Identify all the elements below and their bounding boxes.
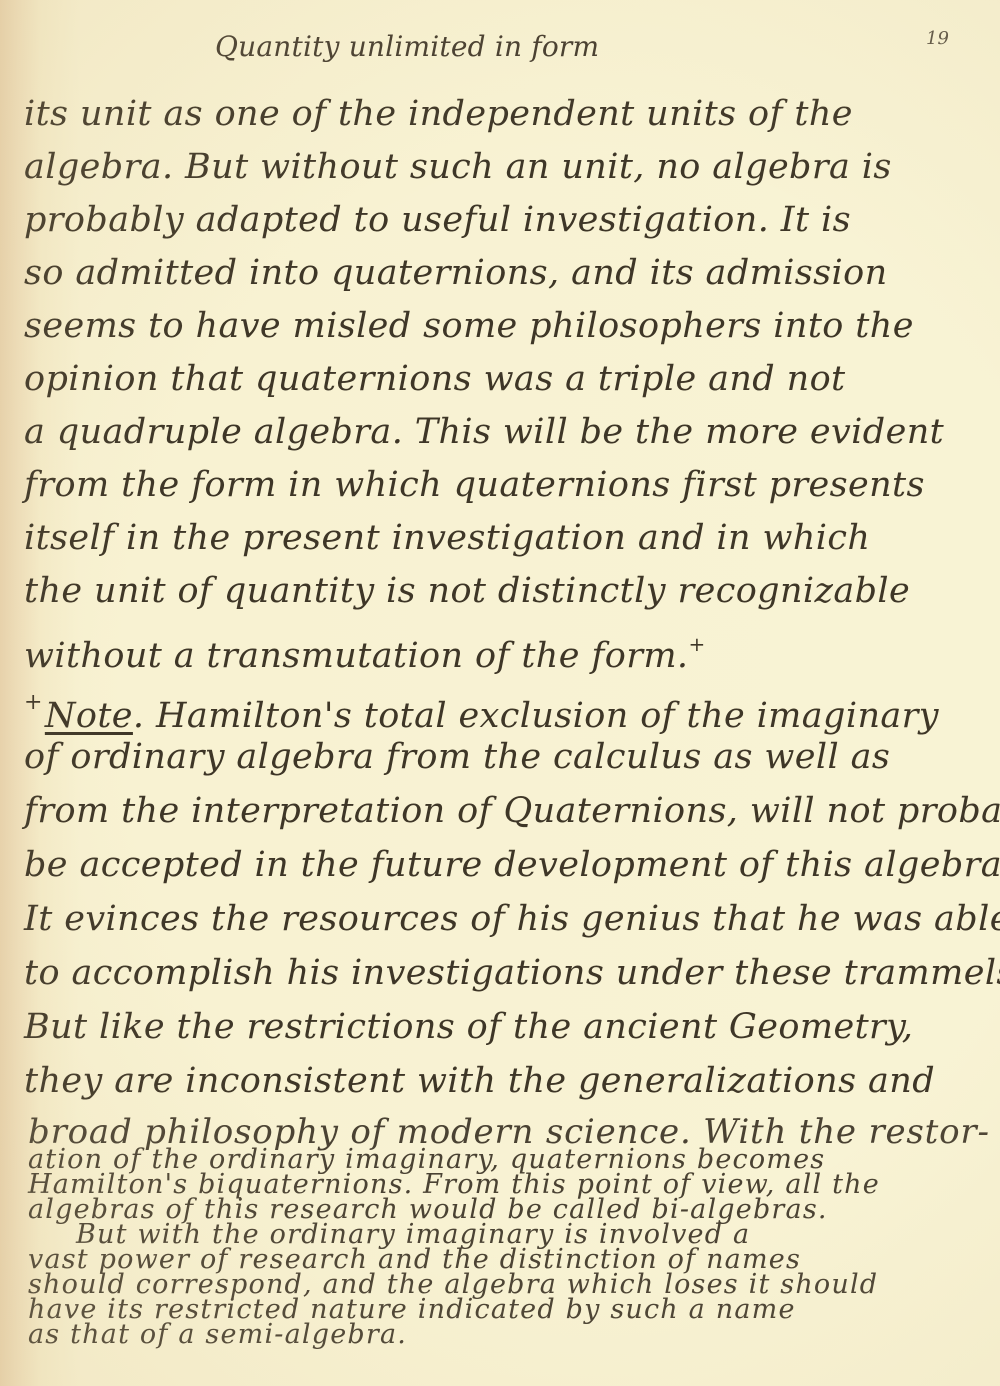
note-line: from the interpretation of Quaternions, … — [24, 784, 974, 838]
note-marker: + — [24, 690, 43, 715]
addendum-block: broad philosophy of modern science. With… — [28, 1115, 978, 1347]
text-line: so admitted into quaternions, and its ad… — [24, 247, 974, 300]
manuscript-page: Quantity unlimited in form 19 its unit a… — [0, 0, 1000, 1386]
footnote-block: +Note. Hamilton's total exclusion of the… — [24, 676, 974, 1108]
text-line: algebra. But without such an unit, no al… — [24, 141, 974, 194]
page-number: 19 — [926, 28, 949, 49]
text-line: probably adapted to useful investigation… — [24, 194, 974, 247]
note-line: be accepted in the future development of… — [24, 838, 974, 892]
text-line: from the form in which quaternions first… — [24, 459, 974, 512]
note-line: It evinces the resources of his genius t… — [24, 892, 974, 946]
note-line: But like the restrictions of the ancient… — [24, 1000, 974, 1054]
text-line-last: without a transmutation of the form.+ — [24, 618, 974, 671]
footnote-reference-marker: + — [688, 632, 705, 656]
text-line: its unit as one of the independent units… — [24, 88, 974, 141]
main-text-block: its unit as one of the independent units… — [24, 88, 974, 671]
text-line: a quadruple algebra. This will be the mo… — [24, 406, 974, 459]
text-line: the unit of quantity is not distinctly r… — [24, 565, 974, 618]
note-first-line: +Note. Hamilton's total exclusion of the… — [24, 676, 974, 730]
note-line: they are inconsistent with the generaliz… — [24, 1054, 974, 1108]
text-line: seems to have misled some philosophers i… — [24, 300, 974, 353]
addendum-first-line: broad philosophy of modern science. With… — [28, 1115, 978, 1147]
text-line: opinion that quaternions was a triple an… — [24, 353, 974, 406]
text-line-content: without a transmutation of the form. — [24, 636, 688, 676]
text-line: itself in the present investigation and … — [24, 512, 974, 565]
addendum-line: as that of a semi-algebra. — [28, 1322, 978, 1347]
note-line: of ordinary algebra from the calculus as… — [24, 730, 974, 784]
page-header-title: Quantity unlimited in form — [215, 30, 599, 63]
note-line: to accomplish his investigations under t… — [24, 946, 974, 1000]
